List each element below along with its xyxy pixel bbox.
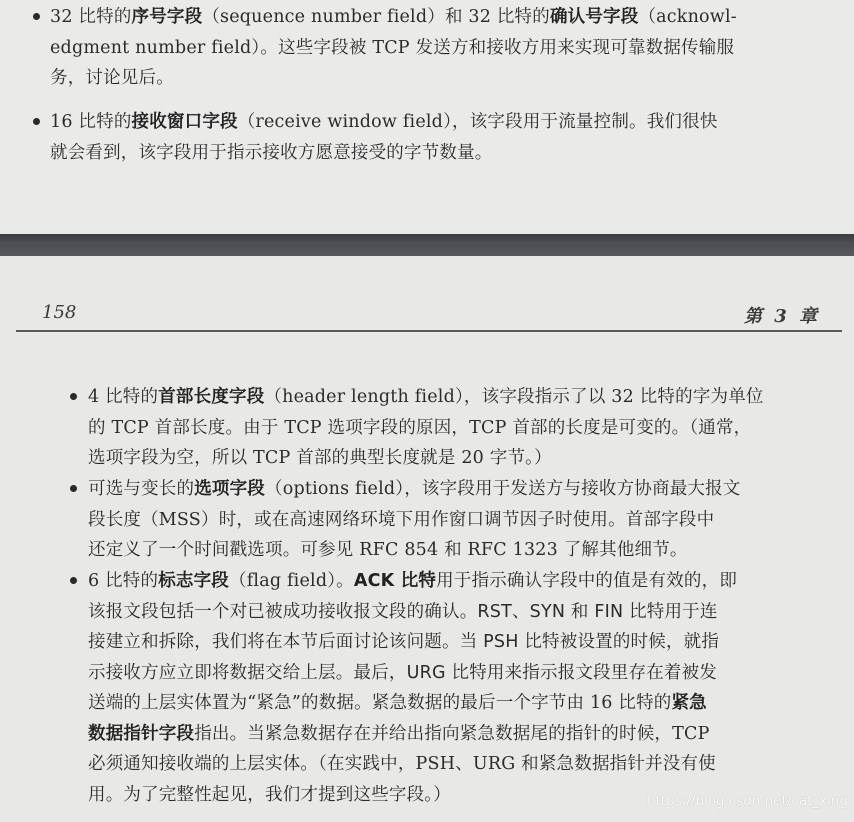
text-run: 比特用于连	[623, 602, 717, 622]
bullet-icon	[33, 13, 40, 20]
text-line: 该报文段包括一个对已被成功接收报文段的确认。RST、SYN 和 FIN 比特用于…	[88, 597, 830, 628]
text-run: 可选与变长的	[88, 479, 194, 499]
text-run: （options field），该字段用于发送方与接收方协商最大报文	[265, 479, 741, 499]
text-run: （flag field）。	[229, 571, 354, 591]
text-run: FIN	[594, 602, 623, 622]
bold-term: 接收窗口字段	[132, 112, 238, 132]
text-run: 示接收方应立即将数据交给上层。最后，	[88, 663, 407, 683]
bullet-icon	[70, 485, 77, 492]
text-line: 32 比特的序号字段（sequence number field）和 32 比特…	[50, 2, 805, 33]
text-line: 4 比特的首部长度字段（header length field），该字段指示了以…	[88, 382, 830, 413]
text-line: edgment number field）。这些字段被 TCP 发送方和接收方用…	[50, 33, 805, 64]
paragraph-options-field: 可选与变长的选项字段（options field），该字段用于发送方与接收方协商…	[88, 474, 830, 566]
text-run: 选项字段为空，所以 TCP 首部的典型长度就是 20 字节。）	[88, 448, 552, 468]
text-run: 就会看到，该字段用于指示接收方愿意接受的字节数量。	[50, 143, 493, 163]
text-run: 用。为了完整性起见，我们才提到这些字段。）	[88, 785, 451, 805]
text-line: 的 TCP 首部长度。由于 TCP 选项字段的原因，TCP 首部的长度是可变的。…	[88, 413, 830, 444]
text-line: 可选与变长的选项字段（options field），该字段用于发送方与接收方协商…	[88, 474, 830, 505]
text-run: 段长度（MSS）时，或在高速网络环境下用作窗口调节因子时使用。首部字段中	[88, 510, 714, 530]
text-run: （sequence number field）和 32 比特的	[202, 7, 550, 27]
watermark-url: https://blog.csdn.net/cat_xing	[647, 793, 848, 809]
text-run: edgment number field）。这些字段被 TCP 发送方和接收方用…	[50, 38, 734, 58]
text-run: 送端的上层实体置为“紧急”的数据。紧急数据的最后一个字节由 16 比特的	[88, 693, 671, 713]
text-line: 接建立和拆除，我们将在本节后面讨论该问题。当 PSH 比特被设置的时候，就指	[88, 627, 830, 658]
bold-term: ACK 比特	[354, 571, 436, 591]
text-run: RST、SYN	[477, 602, 565, 622]
bullet-icon	[70, 577, 77, 584]
page-number: 158	[42, 302, 76, 323]
text-run: 32 比特的	[50, 7, 132, 27]
page-divider	[0, 234, 854, 256]
text-run: 的 TCP 首部长度。由于 TCP 选项字段的原因，TCP 首部的长度是可变的。…	[88, 418, 751, 438]
text-run: 必须通知接收端的上层实体。（在实践中，PSH、URG 和紧急数据指针并没有使	[88, 754, 716, 774]
text-line: 还定义了一个时间戳选项。可参见 RFC 854 和 RFC 1323 了解其他细…	[88, 535, 830, 566]
text-run: URG	[407, 663, 446, 683]
text-run: （acknowl-	[638, 7, 736, 27]
bold-term: 紧急	[671, 693, 706, 713]
text-run: 用于指示确认字段中的值是有效的，即	[436, 571, 737, 591]
text-line: 必须通知接收端的上层实体。（在实践中，PSH、URG 和紧急数据指针并没有使	[88, 749, 830, 780]
text-line: 就会看到，该字段用于指示接收方愿意接受的字节数量。	[50, 138, 805, 169]
text-run: 4 比特的	[88, 387, 158, 407]
bold-term: 首部长度字段	[158, 387, 264, 407]
text-run: 6 比特的	[88, 571, 158, 591]
bold-term: 标志字段	[158, 571, 229, 591]
bullet-icon	[70, 393, 77, 400]
text-line: 示接收方应立即将数据交给上层。最后，URG 比特用来指示报文段里存在着被发	[88, 658, 830, 689]
text-line: 段长度（MSS）时，或在高速网络环境下用作窗口调节因子时使用。首部字段中	[88, 505, 830, 536]
text-run: 该报文段包括一个对已被成功接收报文段的确认。	[88, 602, 477, 622]
text-run: （receive window field），该字段用于流量控制。我们很快	[238, 112, 718, 132]
paragraph-sequence-ack-fields: 32 比特的序号字段（sequence number field）和 32 比特…	[50, 2, 805, 94]
text-run: 比特用来指示报文段里存在着被发	[446, 663, 717, 683]
bold-term: 确认号字段	[550, 7, 639, 27]
text-line: 务，讨论见后。	[50, 63, 805, 94]
bold-term: 数据指针字段	[88, 724, 194, 744]
text-line: 选项字段为空，所以 TCP 首部的典型长度就是 20 字节。）	[88, 443, 830, 474]
text-line: 送端的上层实体置为“紧急”的数据。紧急数据的最后一个字节由 16 比特的紧急	[88, 688, 830, 719]
text-run: 接建立和拆除，我们将在本节后面讨论该问题。当	[88, 632, 483, 652]
text-run: 还定义了一个时间戳选项。可参见 RFC 854 和 RFC 1323 了解其他细…	[88, 540, 688, 560]
text-run: PSH	[483, 632, 518, 652]
bullet-icon	[33, 118, 40, 125]
text-run: 和	[565, 602, 594, 622]
text-line: 6 比特的标志字段（flag field）。ACK 比特用于指示确认字段中的值是…	[88, 566, 830, 597]
paragraph-header-length-field: 4 比特的首部长度字段（header length field），该字段指示了以…	[88, 382, 830, 474]
header-rule	[16, 330, 842, 332]
chapter-label: 第 3 章	[744, 302, 820, 328]
text-run: 比特被设置的时候，就指	[519, 632, 719, 652]
text-run: 务，讨论见后。	[50, 68, 174, 88]
paragraph-flag-field: 6 比特的标志字段（flag field）。ACK 比特用于指示确认字段中的值是…	[88, 566, 830, 810]
text-run: 指出。当紧急数据存在并给出指向紧急数据尾的指针的时候，TCP	[194, 724, 709, 744]
text-run: 16 比特的	[50, 112, 132, 132]
top-page-fragment: 32 比特的序号字段（sequence number field）和 32 比特…	[0, 0, 854, 234]
bold-term: 序号字段	[132, 7, 203, 27]
paragraph-receive-window-field: 16 比特的接收窗口字段（receive window field），该字段用于…	[50, 107, 805, 168]
text-line: 16 比特的接收窗口字段（receive window field），该字段用于…	[50, 107, 805, 138]
bold-term: 选项字段	[194, 479, 265, 499]
text-run: （header length field），该字段指示了以 32 比特的字为单位	[264, 387, 763, 407]
text-line: 数据指针字段指出。当紧急数据存在并给出指向紧急数据尾的指针的时候，TCP	[88, 719, 830, 750]
